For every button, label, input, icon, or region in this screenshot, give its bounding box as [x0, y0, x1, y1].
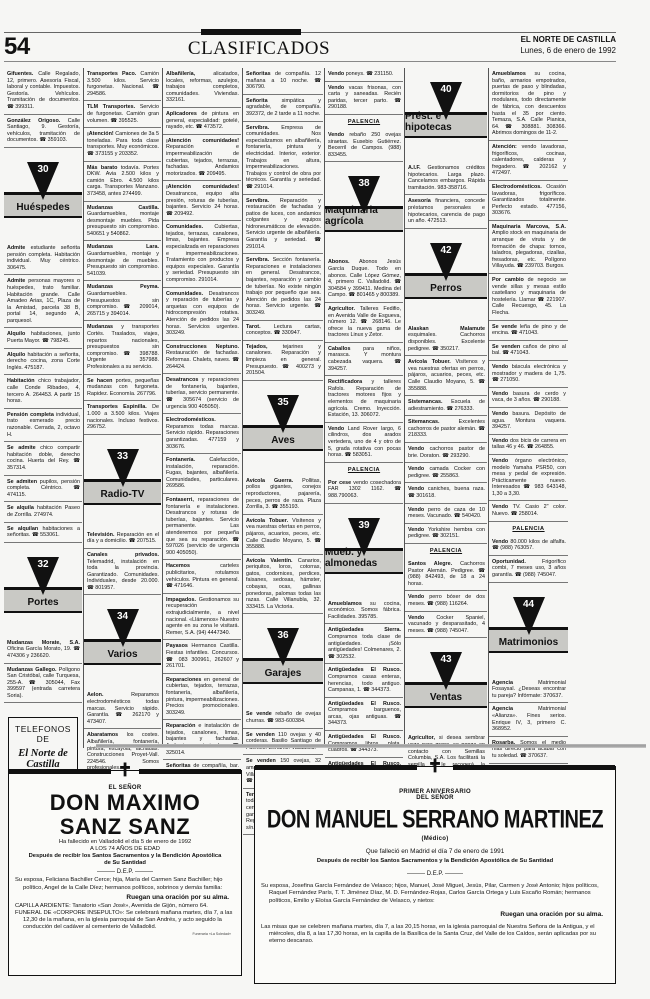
classified-ad: Mudanzas Peyma. Guardamuebles. Presupues… — [84, 281, 161, 321]
ad-lead: Impagados. — [166, 597, 196, 603]
ad-text: de negocio se vende sillas y mesas estil… — [492, 277, 566, 316]
ad-text: y talleres Rafols. Reparación de tractor… — [328, 379, 401, 418]
classified-ad: Se alquila habitación Paseo de Zorrilla.… — [4, 502, 82, 522]
ad-lead: Aplicadores — [166, 111, 197, 117]
ad-lead: Rectificadora — [328, 379, 362, 385]
category-banner: Matrimonios44 — [489, 593, 568, 669]
classified-ad: Por cambio de negocio se vende sillas y … — [489, 274, 568, 321]
category-number: 44 — [523, 599, 534, 610]
classified-ad: Mudanzas Lara. Guardamuebles, montaje y … — [84, 241, 161, 281]
obituary-maximo-sanz: ✝ EL SEÑOR DON MAXIMO SANZ SANZ Ha falle… — [8, 770, 242, 976]
column-7: Amueblamos su cocina, baño, armarios emp… — [488, 68, 568, 748]
classified-ad: Vendo TV. Casio 2" color. Nuevo. ☎ 25801… — [489, 501, 568, 521]
ad-text: Abonos Jesús García Duque. Todo en abono… — [328, 259, 401, 298]
obit-prefix2: DEL SEÑOR — [255, 795, 615, 801]
ad-text: Guardamuebles, montaje y desmontaje de m… — [87, 251, 159, 277]
category-number: 40 — [440, 84, 451, 95]
category-banner: Ventas43 — [405, 648, 487, 724]
ad-lead: Construcciones Neptuno. — [166, 344, 239, 350]
classified-ad: Vendo rebaño 250 ovejas siraetas. Eusebi… — [325, 129, 403, 162]
classified-ad: Alaskan Malamute esquimales. Cachorros d… — [405, 323, 487, 356]
page-number: 54 — [4, 33, 30, 61]
obit-pray: Ruegan una oración por su alma. — [255, 911, 615, 918]
ad-lead: Avícola Tobuer. — [408, 359, 451, 365]
ad-lead: Vendo — [328, 426, 344, 432]
ad-text: Reparación e impermeabilización de cubie… — [166, 144, 239, 176]
ad-lead: Vendo — [408, 527, 424, 533]
obit-sacraments: Después de recibir los Santos Sacramento… — [255, 858, 615, 865]
classified-ad: Vendo caniches, buena raza. ☎ 301618. — [405, 483, 487, 503]
phonebox-title: TELEFONOS DE — [13, 724, 73, 744]
category-number: 32 — [37, 559, 48, 570]
classified-ad: A.I.F. Gestionamos créditos hipotecarios… — [405, 162, 487, 195]
obit-age: A LOS 74 AÑOS DE EDAD — [9, 846, 241, 853]
classified-ad: Desatrancos y reparaciones de fontanería… — [163, 374, 241, 414]
ad-lead: Se alquila — [7, 505, 34, 511]
ad-text: y transportes Cortés. Traslados, viajes,… — [87, 324, 159, 370]
classified-ad: Oportunidad. Frigorífico combi, 7 meses … — [489, 556, 568, 583]
ad-lead: Avícola Valentín. — [246, 558, 293, 564]
category-banner: Varios34 — [84, 605, 161, 681]
ad-lead: Se vende — [492, 324, 517, 330]
classified-ad: Antigüedades Sierra. Compramos toda clas… — [325, 624, 403, 664]
obit-name: DON MANUEL SERRANO MARTINEZ — [255, 806, 615, 835]
classified-ad: ¡Atención! Camiones de 3a 5 toneladas. P… — [84, 128, 161, 161]
category-label: Huéspedes — [16, 202, 69, 213]
ad-lead: Antigüedades El Rusco. — [328, 667, 401, 673]
ad-text: Amplio stock en maquinaria de arranque d… — [492, 230, 566, 269]
classified-ad: Se hacen portes, pequeñas mudanzas con f… — [84, 375, 161, 402]
classified-ad: Reparación e instalación de tejados, can… — [163, 720, 241, 760]
classified-ad: Amueblamos su cocina, baño, armarios emp… — [489, 68, 568, 141]
category-number: 35 — [277, 397, 288, 408]
ad-lead: Canales privados. — [87, 552, 159, 558]
ad-lead: Alquilo — [7, 352, 25, 358]
classified-ad: Mudanzas Castilla. Guardamuebles, montaj… — [84, 202, 161, 242]
obit-family: Su esposa, Feliciana Bachiller Cerce; hi… — [9, 877, 241, 891]
ad-lead: Albañilería, — [166, 71, 195, 77]
ad-text: esquimales. Cachorros disponibles. Excel… — [408, 332, 485, 351]
obit-dep: ——— D.E.P. ——— — [9, 869, 241, 875]
classified-ad: Se admiten pupilos, pensión completa. Cé… — [4, 476, 82, 503]
obit-rule-right — [139, 769, 241, 774]
region-heading: PALENCIA — [489, 522, 568, 536]
ad-lead: Se admiten — [7, 479, 37, 485]
ad-lead: Servibra. — [246, 257, 269, 263]
header-bar — [201, 29, 301, 35]
obit-footer: Funeraria «La Soledad» — [9, 932, 241, 936]
ad-lead: Mudanzas Peyma. — [87, 284, 159, 290]
classified-ad: Señoritas de compañía. 12 mañana a 10 no… — [243, 68, 323, 95]
ad-lead: Transportes Espinilla. — [87, 404, 147, 410]
category-number: 39 — [358, 520, 369, 531]
classified-ad: Vendo poneys. ☎ 231150. — [325, 68, 403, 82]
classified-ad: Se venden 110 ovejas y 40 corderas. Basi… — [243, 729, 323, 756]
ad-lead: Antigüedades El Rusco. — [328, 734, 401, 740]
classified-ad: Tarot. Lectura cartas, conceptos. ☎ 3309… — [243, 321, 323, 341]
classified-ad: Construcciones Neptuno. Restauración de … — [163, 341, 241, 374]
classified-ad: Pensión completa individual, trato esmer… — [4, 409, 82, 442]
ad-lead: Se venden — [246, 758, 276, 764]
ad-lead: Vendo — [492, 411, 508, 417]
cross-icon: ✝ — [427, 757, 442, 775]
classified-ad: TLM Transportes. Servicio de furgonetas.… — [84, 101, 161, 128]
ad-lead: TLM Transportes. — [87, 104, 135, 110]
ad-lead: Vendo — [408, 594, 424, 600]
category-number: 43 — [440, 654, 451, 665]
ad-lead: Alaskan Malamute — [408, 326, 485, 332]
classified-ad: Se alquilan habitaciones a señoritas. ☎ … — [4, 523, 82, 543]
classified-ad: Avícola Tobuer. Visítenos y vea nuestras… — [243, 515, 323, 555]
ad-lead: Admite — [7, 245, 25, 251]
classified-ad: Más barato todavía. Portes DKW. Avia 2.5… — [84, 162, 161, 202]
classified-ad: Avícola Guerra. Pollitas, pollos gigante… — [243, 475, 323, 515]
obit-rule-left — [255, 765, 417, 770]
ad-text: poneys. ☎ 231150. — [346, 71, 394, 77]
classified-ad: Servibra. Sección fontanería. Reparacion… — [243, 254, 323, 320]
category-banner: Radio-TV33 — [84, 445, 161, 521]
ad-text: su cocina, baño, armarios empotrados, pu… — [492, 71, 566, 136]
classified-ad: Avícola Tobuer. Visítenos y vea nuestras… — [405, 356, 487, 396]
ad-lead: Transportes Paco. — [87, 71, 136, 77]
ad-lead: Avícola Guerra. — [246, 478, 293, 484]
classified-ad: Fontaserri, reparaciones de fontanería e… — [163, 494, 241, 560]
column-2: Transportes Paco. Camión 3.500 kilos. Se… — [83, 68, 161, 748]
category-label: Radio-TV — [101, 489, 145, 500]
ad-lead: Agencia — [492, 706, 513, 712]
classified-ad: Admite estudiante señorita pensión compl… — [4, 242, 82, 275]
obit-rule-left — [9, 769, 111, 774]
classified-ad: Rosarba. Somos el medio más directo para… — [489, 737, 568, 764]
ad-lead: Fontaserri, — [166, 497, 194, 503]
classified-ad: Asesoría financiera, concede préstamos p… — [405, 195, 487, 228]
ad-lead: Se venden — [246, 732, 275, 738]
ad-lead: Reparación — [166, 723, 195, 729]
category-number: 38 — [358, 178, 369, 189]
ad-lead: Vendo — [408, 615, 424, 621]
classified-ad: Avícola Valentín. Canarios, periquitos, … — [243, 555, 323, 615]
obituary-manuel-serrano: ✝ PRIMER ANIVERSARIO DEL SEÑOR DON MANUE… — [254, 766, 616, 984]
classified-ad: Payasos Hermanos Castilla. Fiestas infan… — [163, 640, 241, 673]
ad-text: Desatrancos, equipo alta presión, rotura… — [166, 191, 239, 217]
obit-chapel: CAPILLA ARDIENTE: Tanatorio «San José», … — [9, 903, 241, 910]
ad-lead: Comunidades. — [166, 224, 203, 230]
ad-lead: Servibra. — [246, 198, 269, 204]
ad-lead: Aelon. — [87, 692, 103, 698]
classified-ad: Santos Alegre. Cachorros Pastor Alemán. … — [405, 558, 487, 591]
ad-text: Reparación y restauración de fachadas y … — [246, 198, 321, 250]
classified-ad: Sistemancas. Escuela de adiestramiento. … — [405, 396, 487, 416]
ad-lead: Sitemancas. — [408, 419, 439, 425]
ad-lead: ¡Atención! — [87, 131, 114, 137]
classified-ad: Mudanzas y transportes Cortés. Traslados… — [84, 321, 161, 374]
classified-ad: Fontanería. Calefacción, instalación, re… — [163, 454, 241, 494]
ad-lead: Más barato — [87, 165, 117, 171]
ad-lead: Mudanzas Morate, S.A. — [7, 640, 80, 646]
classified-ad: Maquinaria Marcova, S.A. Amplio stock en… — [489, 221, 568, 274]
ad-text: personas mayores o huéspedes, trato fami… — [7, 278, 80, 324]
classified-ad: Hacemos carteles publicitarios, rotulamo… — [163, 560, 241, 593]
ad-lead: Asesoría — [408, 198, 431, 204]
ad-lead: Mudanzas — [87, 324, 113, 330]
classified-ad: Caballos para niños, marasca. Y montura … — [325, 343, 403, 376]
obit-masses: Las misas que se celebren mañana martes,… — [255, 924, 615, 946]
ad-lead: Agricultor. — [328, 306, 355, 312]
ad-lead: Tejados, — [246, 344, 267, 350]
category-label: Varios — [107, 649, 137, 660]
category-banner: Aves35 — [243, 391, 323, 467]
divider-bar — [96, 744, 646, 748]
category-banner: Portes32 — [4, 553, 82, 629]
classified-ad: Vendo órgano electrónico, modelo Yamaha … — [489, 455, 568, 502]
ad-lead: Maquinaria Marcova, S.A. — [492, 224, 566, 230]
classified-ad: Mudanzas Gallego. Polígono San Cristóbal… — [4, 664, 82, 704]
ad-lead: Vendo — [408, 486, 424, 492]
ad-lead: Mudanzas Lara. — [87, 244, 159, 250]
category-label: Perros — [430, 283, 462, 294]
ad-lead: Pensión completa — [7, 412, 54, 418]
ad-text: Compramos barguenos, arcas, ojas antigua… — [328, 707, 401, 726]
classified-ad: Reparaciones en general de cubiertas, te… — [163, 674, 241, 721]
ad-lead: Por cese — [328, 480, 351, 486]
ad-lead: Avícola Tobuer. — [246, 518, 288, 524]
category-number: 42 — [440, 245, 451, 256]
classified-ad: Vendo cachorros pastor de brie. Doraton.… — [405, 443, 487, 463]
classified-ad: González Origoso. Calle Santiago, 9. Ges… — [4, 115, 82, 148]
region-heading: PALENCIA — [325, 463, 403, 477]
ad-text: Restauración de fachadas. Reformas. Chal… — [166, 350, 239, 369]
obit-family: Su esposa, Josefina García Fernández de … — [255, 883, 615, 905]
obit-sacraments: Después de recibir los Santos Sacramento… — [9, 853, 241, 867]
paper-name: EL NORTE DE CASTILLA — [521, 35, 616, 44]
classified-ad: Vendo Land Rover largo, 6 cilindros, dos… — [325, 423, 403, 463]
classified-ad: Vendo Yorkshire hembra con pedigree. ☎ 3… — [405, 524, 487, 544]
classified-ad: Sitemancas. Excelentes cachorros de past… — [405, 416, 487, 443]
ad-text: reparaciones de fontanería e instalacion… — [166, 497, 239, 556]
obit-title: (Médico) — [255, 836, 615, 842]
classified-ad: Señorita simpática y agradable, de compa… — [243, 95, 323, 122]
classified-ad: Electrodomésticos. Reparamos todas marca… — [163, 414, 241, 454]
column-4: Señoritas de compañía. 12 mañana a 10 no… — [242, 68, 323, 748]
classified-ad: Impagados. Gestionamos su recuperación e… — [163, 594, 241, 641]
ad-lead: Vendo — [492, 504, 508, 510]
category-label: Garajes — [265, 668, 302, 679]
classified-ad: ¡Atención comunidades! Reparación e impe… — [163, 135, 241, 182]
ad-text: Sección fontanería. Reparaciones e insta… — [246, 257, 321, 316]
classifieds-columns: Gifuentes. Calle Regalado, 12, primero. … — [4, 68, 648, 748]
ad-lead: Tarot. — [246, 324, 261, 330]
ad-lead: Señoritas — [246, 71, 271, 77]
classified-ad: Electrodomésticos. Ocasión lavadoras, fr… — [489, 181, 568, 221]
ad-lead: Amueblamos — [492, 71, 526, 77]
classified-ad: Alquilo habitación a señorita, derecho c… — [4, 349, 82, 376]
category-banner: Garajes36 — [243, 624, 323, 700]
classified-ad: Se admite chico compartir habitación dob… — [4, 442, 82, 475]
classified-ad: Admite personas mayores o huéspedes, tra… — [4, 275, 82, 328]
ad-lead: Vendo — [328, 85, 344, 91]
paper-date: Lunes, 6 de enero de 1992 — [520, 46, 616, 55]
ad-text: Oficina García Morato, 19. ☎ 474306 y 23… — [7, 646, 80, 659]
ad-text: Desatrancos y reparación de tuberías y a… — [166, 291, 239, 337]
obit-name-line1: DON MAXIMO — [9, 791, 241, 815]
ad-lead: Abonos. — [328, 259, 350, 265]
classified-ad: Agricultor. Talleres Fedifio, en Avenida… — [325, 303, 403, 343]
ad-text: Reparamos todas marcas. Servicio rápido.… — [166, 424, 239, 450]
classified-ad: Rectificadora y talleres Rafols. Reparac… — [325, 376, 403, 423]
classified-ad: Vendo perro de caza de 10 meses. Vacunad… — [405, 504, 487, 524]
region-heading: PALENCIA — [405, 544, 487, 558]
ad-text: Compramos casas enteras, herencias, todo… — [328, 674, 401, 693]
column-1: Gifuentes. Calle Regalado, 12, primero. … — [4, 68, 82, 748]
ad-lead: ¡Atención comunidades! — [166, 184, 239, 190]
ad-lead: Se alquilan — [7, 526, 38, 532]
category-banner: Mueb. y almonedas39 — [325, 514, 403, 590]
ad-text: Compramos toda clase de antigüedades. ¡S… — [328, 634, 401, 660]
classified-ad: Vendo basura. Depósito de agua. Montura … — [489, 408, 568, 435]
column-6: Prést. e hipotecas40A.I.F. Gestionamos c… — [404, 68, 487, 748]
classified-ad: Aelon. Reparamos electrodomésticos todas… — [84, 689, 161, 729]
classified-ad: Transportes Espinilla. De 1.000 a 3.500 … — [84, 401, 161, 434]
category-number: 36 — [277, 630, 288, 641]
ad-lead: Señorita — [246, 98, 268, 104]
classified-ad: Albañilería, alicatados, locales, reform… — [163, 68, 241, 108]
ad-lead: González Origoso. — [7, 118, 60, 124]
ad-text: órgano electrónico, modelo Yamaha PSR50,… — [492, 458, 566, 497]
classified-ad: Amueblamos su cocina, económico. Somos f… — [325, 598, 403, 625]
phonebox-paper: El Norte de Castilla — [13, 748, 73, 770]
ad-lead: Vendo — [492, 364, 508, 370]
classified-ad: Vendo perro bóxer de dos meses. ☎ (988) … — [405, 591, 487, 611]
ad-text: Guardamuebles. Presupuestos sin compromi… — [87, 291, 159, 317]
classified-ad: Agencia Matrimonial Fosaysal. ¿Deseas en… — [489, 677, 568, 704]
classified-ad: Vendo dos bicis de carrera en tallas 46 … — [489, 435, 568, 455]
ad-lead: Se hacen — [87, 378, 112, 384]
ad-lead: Televisión. — [87, 532, 114, 538]
ad-lead: Caballos — [328, 346, 350, 352]
obit-dep: ——— D.E.P. ——— — [255, 871, 615, 877]
ad-lead: Servibra. — [246, 125, 269, 131]
ad-lead: Gifuentes. — [7, 71, 33, 77]
classified-ad: Alquilo habitaciones, junto Puerta Mayor… — [4, 328, 82, 348]
ad-lead: Fontanería. — [166, 457, 195, 463]
ad-lead: Reparaciones — [166, 677, 201, 683]
category-banner: Perros42 — [405, 239, 487, 315]
classified-ad: Se vende leña de pino y de encina. ☎ 471… — [489, 321, 568, 341]
ad-lead: Hacemos — [166, 563, 190, 569]
ad-lead: Vendo — [328, 71, 344, 77]
category-banner: Huéspedes30 — [4, 158, 82, 234]
ad-lead: A.I.F. — [408, 165, 421, 171]
ad-lead: Por cambio — [492, 277, 524, 283]
column-5: Vendo poneys. ☎ 231150.Vendo vacas friso… — [324, 68, 403, 748]
ad-lead: Amueblamos — [328, 601, 362, 607]
classified-ad: Canales privados. Telemadrid, instalació… — [84, 549, 161, 596]
classified-ad: Se vende rebaño de ovejas churras. ☎ 983… — [243, 708, 323, 728]
ad-lead: Habitación — [7, 378, 35, 384]
ad-lead: Mudanzas Gallego. — [7, 667, 57, 673]
classified-ad: Habitación chico trabajador, calle Conde… — [4, 375, 82, 408]
ad-text: Gestionamos su recuperación extrajudicia… — [166, 597, 239, 636]
ad-lead: Atención: — [492, 144, 517, 150]
ad-text: Cubiertas, tejados, terrazas, canalones,… — [166, 224, 239, 283]
category-number: 30 — [37, 164, 48, 175]
classified-ad: Agencia Matrimonial «Alianza». Fines ser… — [489, 703, 568, 736]
classified-ad: Servibra. Reparación y restauración de f… — [243, 195, 323, 255]
ad-lead: ¡Atención comunidades! — [166, 138, 239, 144]
classified-ad: Vendo Cocker Spaniel, vacunado y despara… — [405, 612, 487, 639]
category-number: 33 — [117, 451, 128, 462]
ad-lead: Antigüedades Sierra. — [328, 627, 401, 633]
ad-text: en general de cubiertas, tejados, terraz… — [166, 677, 239, 716]
classified-ad: Comunidades. Desatrancos y reparación de… — [163, 288, 241, 341]
ad-lead: Se vende — [246, 711, 272, 717]
ad-lead: Vendo — [408, 507, 424, 513]
ad-text: Canarios, periquitos, loros, cotorras, g… — [246, 558, 321, 610]
ad-lead: Se venden — [492, 344, 520, 350]
obit-rule-right — [453, 765, 615, 770]
obit-pray: Ruegan una oración por su alma. — [9, 894, 241, 901]
ad-lead: Alquilo — [7, 331, 25, 337]
ad-lead: Oportunidad. — [492, 559, 526, 565]
classified-ad: Abonos. Abonos Jesús García Duque. Todo … — [325, 256, 403, 303]
classified-ad: Vendo báscula electrónica y mostrador y … — [489, 361, 568, 388]
classified-ad: Aplicadores de pintura en general, espec… — [163, 108, 241, 135]
classified-ad: Tejados, tejarines y canalones. Reparaci… — [243, 341, 323, 381]
region-heading: PALENCIA — [325, 115, 403, 129]
ad-text: Empresa de comunidades. Nos especializam… — [246, 125, 321, 190]
ad-text: Calle Regalado, 12, primero. Asesoría Fi… — [7, 71, 80, 110]
classified-ad: Vendo basura de cerdo y vaca, de 3 años.… — [489, 388, 568, 408]
column-3: Albañilería, alicatados, locales, reform… — [162, 68, 241, 748]
classified-ad: Se venden caños de pino al bal. ☎ 471043… — [489, 341, 568, 361]
category-label: Matrimonios — [499, 637, 558, 648]
category-label: Ventas — [430, 692, 462, 703]
category-label: Portes — [27, 597, 58, 608]
ad-lead: Antigüedades El Rusco. — [328, 701, 401, 707]
ad-lead: Agricultor, — [408, 735, 435, 741]
ad-lead: Admite — [7, 278, 25, 284]
section-title: CLASIFICADOS — [174, 38, 344, 60]
category-number: 34 — [117, 611, 128, 622]
classified-ad: Vendo camada Cocker con pedigree. ☎ 2558… — [405, 463, 487, 483]
ad-lead: Desatrancos — [166, 377, 198, 383]
classified-ad: Gifuentes. Calle Regalado, 12, primero. … — [4, 68, 82, 115]
ad-lead: Vendo — [492, 458, 508, 464]
page-header: 54 CLASIFICADOS EL NORTE DE CASTILLA Lun… — [4, 32, 616, 62]
ad-lead: Vendo — [492, 539, 508, 545]
classified-ad: Comunidades. Cubiertas, tejados, terraza… — [163, 221, 241, 287]
classified-ad: Antigüedades El Rusco. Compramos barguen… — [325, 698, 403, 731]
ad-text: Telemadrid, instalación en toda la provi… — [87, 559, 159, 591]
ad-lead: Vendo — [408, 446, 424, 452]
classified-ad: Vendo 80.000 kilos de alfalfa. ☎ (988) 7… — [489, 536, 568, 556]
cross-icon: ✝ — [117, 761, 132, 779]
classified-ad: Transportes Paco. Camión 3.500 kilos. Se… — [84, 68, 161, 101]
ad-lead: Mudanzas Castilla. — [87, 205, 159, 211]
ad-lead: Electrodomésticos. — [166, 417, 216, 423]
classified-ad: ¡Atención comunidades! Desatrancos, equi… — [163, 181, 241, 221]
category-banner: Prést. e hipotecas40 — [405, 78, 487, 154]
obit-died: Que falleció en Madrid el día 7 de enero… — [255, 848, 615, 855]
ad-lead: Santos Alegre. — [408, 561, 452, 567]
category-banner: Maquinaria agrícola38 — [325, 172, 403, 248]
obit-name-line2: SANZ SANZ — [9, 815, 241, 839]
ad-lead: Se admite — [7, 445, 36, 451]
ad-lead: Vendo — [492, 438, 508, 444]
ad-lead: Abaratamos — [87, 732, 118, 738]
ad-lead: Vendo — [492, 391, 508, 397]
ad-lead: Comunidades. — [166, 291, 203, 297]
